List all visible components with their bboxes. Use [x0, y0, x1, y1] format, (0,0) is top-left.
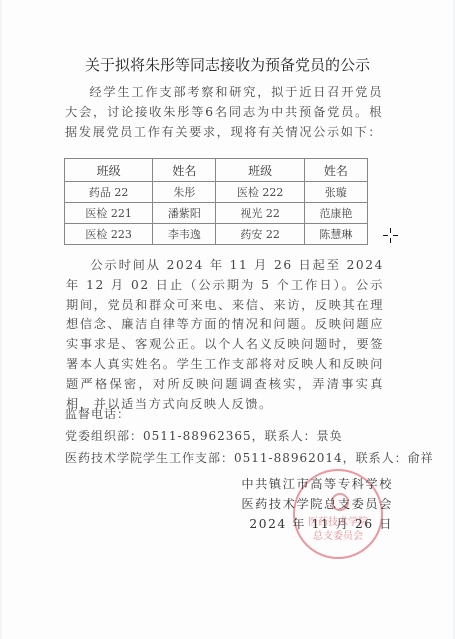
contacts-block: 监督电话： 党委组织部：0511-88962365，联系人：景奂 医药技术学院学… [65, 403, 434, 469]
signature-block: 中共镇江市高等专科学校 医药技术学院总支委员会 2024 年 11 月 26 日 [241, 474, 393, 534]
contacts-heading: 监督电话： [65, 403, 434, 425]
cell-name: 潘紫阳 [153, 203, 216, 224]
header-name: 姓名 [153, 159, 216, 182]
cell-name: 李韦逸 [153, 224, 216, 245]
candidates-table: 班级 姓名 班级 姓名 药品 22 朱彤 医检 222 张璇 医检 221 潘紫… [64, 158, 368, 245]
header-class: 班级 [216, 159, 304, 182]
cell-name: 范康艳 [304, 203, 367, 224]
cell-name: 陈慧琳 [304, 224, 367, 245]
signature-org-2: 医药技术学院总支委员会 [241, 494, 393, 514]
cell-name: 朱彤 [153, 182, 216, 203]
cell-class: 药品 22 [65, 182, 153, 203]
table-header-row: 班级 姓名 班级 姓名 [65, 159, 368, 182]
header-class: 班级 [65, 159, 153, 182]
cell-class: 医检 223 [65, 224, 153, 245]
cell-class: 医检 222 [216, 182, 304, 203]
contact-line: 党委组织部：0511-88962365，联系人：景奂 [65, 425, 434, 447]
cell-class: 医检 221 [65, 203, 153, 224]
crosshair-cursor-icon [383, 228, 398, 243]
signature-org-1: 中共镇江市高等专科学校 [241, 474, 393, 494]
notice-paragraph: 公示时间从 2024 年 11 月 26 日起至 2024 年 12 月 02 … [66, 256, 384, 414]
contact-line: 医药技术学院学生工作支部：0511-88962014，联系人：俞祥 [65, 447, 434, 469]
document-title: 关于拟将朱彤等同志接收为预备党员的公示 [2, 54, 453, 75]
table-row: 医检 221 潘紫阳 视光 22 范康艳 [65, 203, 368, 224]
cell-class: 视光 22 [216, 203, 304, 224]
cell-class: 药安 22 [216, 224, 304, 245]
signature-date: 2024 年 11 月 26 日 [241, 514, 393, 534]
document-page: 关于拟将朱彤等同志接收为预备党员的公示 经学生工作支部考察和研究，拟于近日召开党… [2, 0, 453, 639]
table-row: 医检 223 李韦逸 药安 22 陈慧琳 [65, 224, 368, 245]
header-name: 姓名 [304, 159, 367, 182]
table-row: 药品 22 朱彤 医检 222 张璇 [65, 182, 368, 203]
cell-name: 张璇 [304, 182, 367, 203]
intro-paragraph: 经学生工作支部考察和研究，拟于近日召开党员大会，讨论接收朱彤等6名同志为中共预备… [65, 83, 383, 142]
